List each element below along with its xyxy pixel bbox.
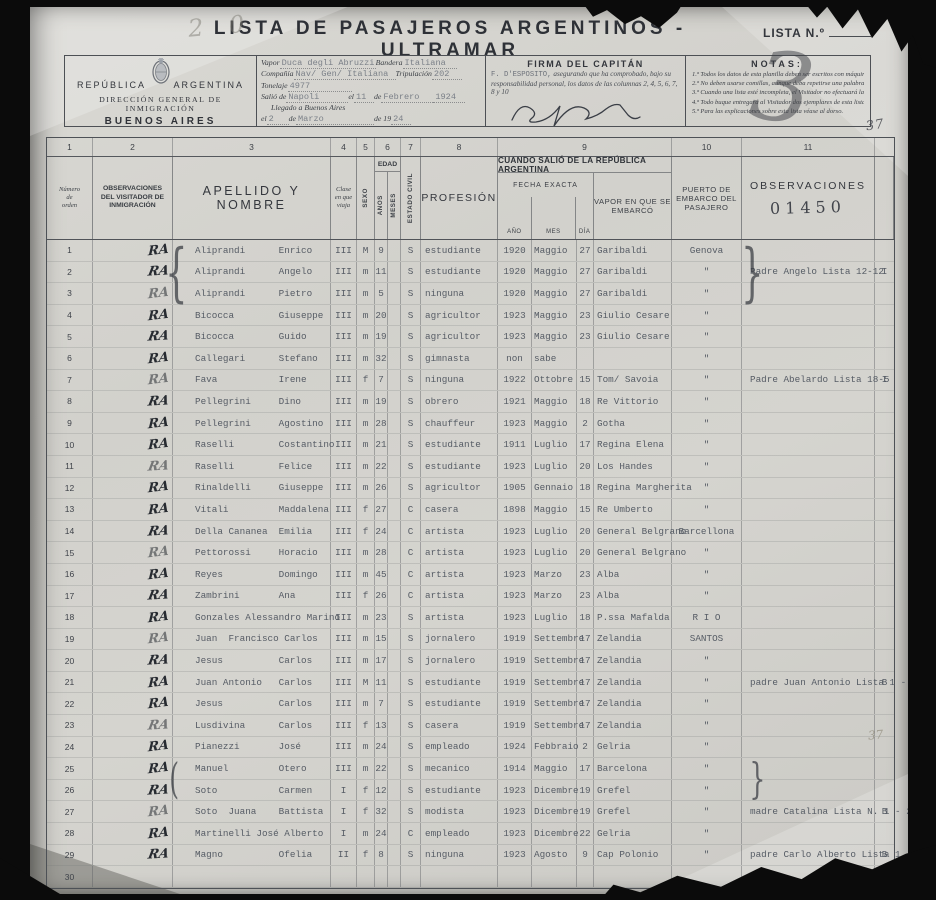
civil-status-cell bbox=[401, 866, 421, 887]
departure-ship-cell: Gelria bbox=[594, 737, 672, 758]
departure-ship-cell bbox=[594, 348, 672, 369]
departure-day-cell: 23 bbox=[577, 586, 594, 607]
sex-cell: m bbox=[357, 305, 375, 326]
profession-cell: chauffeur bbox=[421, 413, 498, 434]
row-number-cell: 1 bbox=[47, 240, 93, 261]
departure-day-cell: 17 bbox=[577, 434, 594, 455]
row-number-cell: 26 bbox=[47, 780, 93, 801]
age-months-cell bbox=[388, 499, 401, 520]
embark-port-cell: " bbox=[672, 650, 742, 671]
observations-cell bbox=[742, 478, 875, 499]
margin-note-cell bbox=[875, 413, 894, 434]
visitor-mark-cell: RA bbox=[93, 326, 173, 347]
sex-cell: m bbox=[357, 607, 375, 628]
salio-lugar-value: Napoli bbox=[286, 92, 348, 103]
sex-cell: f bbox=[357, 801, 375, 822]
departure-year-cell: 1923 bbox=[498, 607, 532, 628]
profession-cell: agricultor bbox=[421, 478, 498, 499]
row-number-cell: 21 bbox=[47, 672, 93, 693]
civil-status-cell: S bbox=[401, 305, 421, 326]
age-years-cell: 15 bbox=[375, 629, 388, 650]
margin-note-cell bbox=[875, 348, 894, 369]
departure-day-cell: 15 bbox=[577, 370, 594, 391]
observations-cell bbox=[742, 283, 875, 304]
embark-port-cell: " bbox=[672, 499, 742, 520]
header-ano: AÑO bbox=[498, 197, 532, 239]
age-years-cell: 24 bbox=[375, 737, 388, 758]
departure-day-cell bbox=[577, 348, 594, 369]
row-number-cell: 19 bbox=[47, 629, 93, 650]
visitor-mark-cell: RA bbox=[93, 758, 173, 779]
departure-year-cell: 1920 bbox=[498, 283, 532, 304]
class-cell: III bbox=[331, 737, 357, 758]
profession-cell: artista bbox=[421, 521, 498, 542]
civil-status-cell: S bbox=[401, 693, 421, 714]
civil-status-cell: S bbox=[401, 370, 421, 391]
visitor-mark-cell: RA bbox=[93, 693, 173, 714]
table-row: 19 RA Juan Francisco Carlos III m 15 S j… bbox=[47, 629, 894, 651]
col-number: 6 bbox=[375, 138, 401, 156]
sex-cell: m bbox=[357, 456, 375, 477]
profession-cell: empleado bbox=[421, 737, 498, 758]
name-cell: Zambrini Ana bbox=[173, 586, 331, 607]
departure-day-cell: 17 bbox=[577, 758, 594, 779]
header-meses: MESES bbox=[388, 172, 400, 239]
age-months-cell bbox=[388, 650, 401, 671]
profession-cell: artista bbox=[421, 542, 498, 563]
col-number: 9 bbox=[498, 138, 672, 156]
age-months-cell bbox=[388, 326, 401, 347]
name-cell: Callegari Stefano bbox=[173, 348, 331, 369]
class-cell: III bbox=[331, 262, 357, 283]
departure-ship-cell: Los Handes bbox=[594, 456, 672, 477]
class-cell: III bbox=[331, 456, 357, 477]
row-number-cell: 14 bbox=[47, 521, 93, 542]
civil-status-cell: S bbox=[401, 715, 421, 736]
name-cell: Aliprandi Pietro bbox=[173, 283, 331, 304]
class-cell: II bbox=[331, 845, 357, 866]
departure-day-cell: 2 bbox=[577, 413, 594, 434]
civil-status-cell: C bbox=[401, 823, 421, 844]
name-cell: Soto Juana Battista bbox=[173, 801, 331, 822]
class-cell: III bbox=[331, 478, 357, 499]
visitor-mark-cell: RA bbox=[93, 586, 173, 607]
departure-year-cell: 1911 bbox=[498, 434, 532, 455]
tonelaje-label: Tonelaje bbox=[261, 81, 288, 90]
sex-cell: f bbox=[357, 845, 375, 866]
age-years-cell: 26 bbox=[375, 586, 388, 607]
departure-ship-cell: Giulio Cesare bbox=[594, 305, 672, 326]
civil-status-cell: S bbox=[401, 391, 421, 412]
name-cell: Reyes Domingo bbox=[173, 564, 331, 585]
departure-month-cell: Marzo bbox=[532, 564, 577, 585]
class-cell: III bbox=[331, 650, 357, 671]
de19-label: de 19 bbox=[374, 114, 391, 123]
age-months-cell bbox=[388, 305, 401, 326]
departure-ship-cell: Grefel bbox=[594, 780, 672, 801]
departure-year-cell: non bbox=[498, 348, 532, 369]
embark-port-cell: " bbox=[672, 823, 742, 844]
profession-cell: estudiante bbox=[421, 693, 498, 714]
departure-ship-cell: Tom/ Savoia bbox=[594, 370, 672, 391]
embark-port-cell: " bbox=[672, 262, 742, 283]
vapor-value: Duca degli Abruzzi bbox=[280, 58, 376, 69]
embark-port-cell: " bbox=[672, 391, 742, 412]
profession-cell: ninguna bbox=[421, 845, 498, 866]
departure-day-cell: 2 bbox=[577, 737, 594, 758]
departure-day-cell: 17 bbox=[577, 672, 594, 693]
visitor-mark-cell: RA bbox=[93, 305, 173, 326]
age-months-cell bbox=[388, 348, 401, 369]
name-cell: Martinelli José Alberto bbox=[173, 823, 331, 844]
observations-cell: madre Catalina Lista N. 1 - 2 bbox=[742, 801, 875, 822]
torn-edge-top-strip bbox=[0, 0, 936, 7]
margin-note-cell bbox=[875, 542, 894, 563]
table-row: 14 RA Della Cananea Emilia III f 24 C ar… bbox=[47, 521, 894, 543]
argentina-label: ARGENTINA bbox=[173, 80, 244, 90]
departure-month-cell: Maggio bbox=[532, 283, 577, 304]
name-cell bbox=[173, 866, 331, 887]
observations-cell: Padre Abelardo Lista 18-5 bbox=[742, 370, 875, 391]
table-row: 27 RA Soto Juana Battista I f 32 S modis… bbox=[47, 801, 894, 823]
civil-status-cell: S bbox=[401, 326, 421, 347]
departure-year-cell: 1923 bbox=[498, 542, 532, 563]
header-margin bbox=[875, 157, 894, 239]
llegada-de-label: de bbox=[289, 114, 296, 123]
row-number-cell: 5 bbox=[47, 326, 93, 347]
tonelaje-value: 4977 bbox=[288, 81, 352, 92]
observations-cell bbox=[742, 650, 875, 671]
departure-year-cell: 1923 bbox=[498, 845, 532, 866]
age-months-cell bbox=[388, 801, 401, 822]
profession-cell: agricultor bbox=[421, 326, 498, 347]
row-number-cell: 10 bbox=[47, 434, 93, 455]
row-number-cell: 7 bbox=[47, 370, 93, 391]
salio-dia-value: 11 bbox=[354, 92, 374, 103]
sex-cell: f bbox=[357, 586, 375, 607]
embark-port-cell: " bbox=[672, 434, 742, 455]
departure-day-cell: 17 bbox=[577, 629, 594, 650]
visitor-mark-cell: RA bbox=[93, 413, 173, 434]
table-row: 1 RA Aliprandi Enrico III M 9 S estudian… bbox=[47, 240, 894, 262]
table-row: 7 RA Fava Irene III f 7 S ninguna 1922 O… bbox=[47, 370, 894, 392]
departure-year-cell: 1923 bbox=[498, 780, 532, 801]
departure-day-cell: 18 bbox=[577, 607, 594, 628]
observations-cell bbox=[742, 693, 875, 714]
age-months-cell bbox=[388, 456, 401, 477]
class-cell: III bbox=[331, 672, 357, 693]
observations-cell bbox=[742, 521, 875, 542]
civil-status-cell: S bbox=[401, 607, 421, 628]
passenger-table: 1 2 3 4 5 6 7 8 9 10 11 Número de orden … bbox=[46, 137, 895, 889]
table-row: 12 RA Rinaldelli Giuseppe III m 26 S agr… bbox=[47, 478, 894, 500]
table-row: 26 RA Soto Carmen I f 12 S estudiante 19… bbox=[47, 780, 894, 802]
age-months-cell bbox=[388, 564, 401, 585]
profession-cell: mecanico bbox=[421, 758, 498, 779]
direccion-label: DIRECCIÓN GENERAL DE INMIGRACIÓN bbox=[65, 95, 256, 113]
llegada-label: Llegado a Buenos Aires bbox=[271, 103, 345, 112]
class-cell: III bbox=[331, 715, 357, 736]
age-months-cell bbox=[388, 737, 401, 758]
margin-note-cell bbox=[875, 434, 894, 455]
firma-title: FIRMA DEL CAPITÁN bbox=[486, 59, 685, 69]
age-years-cell bbox=[375, 866, 388, 887]
civil-status-cell: S bbox=[401, 758, 421, 779]
row-number-cell: 22 bbox=[47, 693, 93, 714]
header-dia: DÍA bbox=[576, 197, 593, 239]
torn-edge-right-strip bbox=[908, 0, 936, 900]
departure-year-cell: 1921 bbox=[498, 391, 532, 412]
visitor-mark-cell: RA bbox=[93, 283, 173, 304]
profession-cell bbox=[421, 866, 498, 887]
departure-year-cell: 1923 bbox=[498, 456, 532, 477]
row-number-cell: 29 bbox=[47, 845, 93, 866]
departure-year-cell: 1919 bbox=[498, 672, 532, 693]
republica-label: REPÚBLICA bbox=[77, 80, 146, 90]
civil-status-cell: S bbox=[401, 650, 421, 671]
class-cell: III bbox=[331, 434, 357, 455]
age-years-cell: 21 bbox=[375, 434, 388, 455]
name-cell: Juan Antonio Carlos bbox=[173, 672, 331, 693]
departure-month-cell: Agosto bbox=[532, 845, 577, 866]
header-observaciones: OBSERVACIONES 01450 bbox=[742, 157, 875, 239]
row-number-cell: 8 bbox=[47, 391, 93, 412]
table-row: 6 RA Callegari Stefano III m 32 S gimnas… bbox=[47, 348, 894, 370]
scanned-passenger-list: { "page": { "title": "LISTA DE PASAJEROS… bbox=[0, 0, 936, 900]
observations-cell bbox=[742, 499, 875, 520]
embark-port-cell: " bbox=[672, 801, 742, 822]
departure-year-cell: 1905 bbox=[498, 478, 532, 499]
age-years-cell: 32 bbox=[375, 348, 388, 369]
departure-year-cell: 1923 bbox=[498, 521, 532, 542]
departure-year-cell: 1924 bbox=[498, 737, 532, 758]
age-years-cell: 45 bbox=[375, 564, 388, 585]
class-cell: III bbox=[331, 629, 357, 650]
departure-day-cell: 27 bbox=[577, 240, 594, 261]
name-cell: Lusdivina Carlos bbox=[173, 715, 331, 736]
header-mes: MES bbox=[532, 197, 577, 239]
name-cell: Vitali Maddalena bbox=[173, 499, 331, 520]
age-years-cell: 23 bbox=[375, 607, 388, 628]
sex-cell: m bbox=[357, 693, 375, 714]
observations-cell bbox=[742, 629, 875, 650]
header-anos: AÑOS bbox=[375, 172, 388, 239]
name-cell: Jesus Carlos bbox=[173, 693, 331, 714]
age-months-cell bbox=[388, 521, 401, 542]
margin-note-cell bbox=[875, 283, 894, 304]
profession-cell: estudiante bbox=[421, 434, 498, 455]
compania-label: Compañía bbox=[261, 69, 294, 78]
visitor-mark-cell: RA bbox=[93, 240, 173, 261]
margin-note-cell bbox=[875, 391, 894, 412]
row-number-cell: 24 bbox=[47, 737, 93, 758]
margin-note-cell: B bbox=[875, 801, 894, 822]
civil-status-cell: S bbox=[401, 478, 421, 499]
margin-note-cell bbox=[875, 758, 894, 779]
visitor-mark-cell: RA bbox=[93, 845, 173, 866]
profession-cell: artista bbox=[421, 607, 498, 628]
age-months-cell bbox=[388, 478, 401, 499]
age-months-cell bbox=[388, 370, 401, 391]
name-cell: Manuel Otero bbox=[173, 758, 331, 779]
observations-cell: padre Carlo Alberto Lista 1 - 4 bbox=[742, 845, 875, 866]
table-row: 16 RA Reyes Domingo III m 45 C artista 1… bbox=[47, 564, 894, 586]
observations-cell bbox=[742, 413, 875, 434]
observations-cell bbox=[742, 240, 875, 261]
civil-status-cell: C bbox=[401, 499, 421, 520]
margin-note-cell: I bbox=[875, 370, 894, 391]
sex-cell: m bbox=[357, 542, 375, 563]
visitor-mark-cell: RA bbox=[93, 521, 173, 542]
age-months-cell bbox=[388, 823, 401, 844]
sex-cell: m bbox=[357, 391, 375, 412]
age-years-cell: 27 bbox=[375, 499, 388, 520]
row-number-cell: 3 bbox=[47, 283, 93, 304]
class-cell: III bbox=[331, 283, 357, 304]
margin-note-cell bbox=[875, 499, 894, 520]
departure-month-cell: Dicembre bbox=[532, 823, 577, 844]
age-years-cell: 24 bbox=[375, 823, 388, 844]
departure-day-cell: 22 bbox=[577, 823, 594, 844]
departure-ship-cell: Re Umberto bbox=[594, 499, 672, 520]
embark-port-cell: " bbox=[672, 845, 742, 866]
margin-note-cell bbox=[875, 586, 894, 607]
age-months-cell bbox=[388, 586, 401, 607]
departure-month-cell: Maggio bbox=[532, 391, 577, 412]
departure-year-cell: 1898 bbox=[498, 499, 532, 520]
margin-note-cell bbox=[875, 629, 894, 650]
observations-cell bbox=[742, 737, 875, 758]
header-puerto: PUERTO DE EMBARCO DEL PASAJERO bbox=[672, 157, 742, 239]
departure-month-cell bbox=[532, 866, 577, 887]
col-number: 3 bbox=[173, 138, 331, 156]
departure-day-cell: 23 bbox=[577, 326, 594, 347]
vapor-label: Vapor bbox=[261, 58, 280, 67]
class-cell: III bbox=[331, 499, 357, 520]
sex-cell: m bbox=[357, 823, 375, 844]
row-number-cell: 17 bbox=[47, 586, 93, 607]
compania-value: Nav/ Gen/ Italiana bbox=[294, 69, 396, 80]
departure-day-cell bbox=[577, 866, 594, 887]
departure-year-cell bbox=[498, 866, 532, 887]
handwritten-37-middle: 37 bbox=[867, 727, 883, 742]
pencil-mark: 2 0 bbox=[187, 9, 254, 43]
age-years-cell: 24 bbox=[375, 521, 388, 542]
civil-status-cell: C bbox=[401, 521, 421, 542]
observations-cell bbox=[742, 564, 875, 585]
profession-cell: estudiante bbox=[421, 672, 498, 693]
age-months-cell bbox=[388, 413, 401, 434]
departure-day-cell: 19 bbox=[577, 780, 594, 801]
row-number-cell: 27 bbox=[47, 801, 93, 822]
visitor-mark-cell: RA bbox=[93, 607, 173, 628]
embark-port-cell: " bbox=[672, 478, 742, 499]
margin-note-cell bbox=[875, 607, 894, 628]
departure-day-cell: 27 bbox=[577, 283, 594, 304]
embark-port-cell: Barcellona bbox=[672, 521, 742, 542]
embark-port-cell: SANTOS bbox=[672, 629, 742, 650]
name-cell: Jesus Carlos bbox=[173, 650, 331, 671]
row-number-cell: 4 bbox=[47, 305, 93, 326]
departure-day-cell: 20 bbox=[577, 521, 594, 542]
observations-cell bbox=[742, 715, 875, 736]
age-years-cell: 32 bbox=[375, 801, 388, 822]
profession-cell: agricultor bbox=[421, 305, 498, 326]
age-years-cell: 22 bbox=[375, 758, 388, 779]
departure-ship-cell: General Belgrano bbox=[594, 542, 672, 563]
sex-cell: f bbox=[357, 780, 375, 801]
class-cell: III bbox=[331, 391, 357, 412]
sex-cell: m bbox=[357, 348, 375, 369]
age-years-cell: 28 bbox=[375, 542, 388, 563]
header-estado-civil: ESTADO CIVIL bbox=[401, 157, 421, 239]
age-years-cell: 8 bbox=[375, 845, 388, 866]
row-number-cell: 6 bbox=[47, 348, 93, 369]
class-cell: III bbox=[331, 758, 357, 779]
table-row: 9 RA Pellegrini Agostino III m 28 S chau… bbox=[47, 413, 894, 435]
sex-cell: M bbox=[357, 672, 375, 693]
table-header-row: Número de orden OBSERVACIONES DEL VISITA… bbox=[47, 157, 894, 240]
class-cell: III bbox=[331, 564, 357, 585]
age-months-cell bbox=[388, 629, 401, 650]
departure-ship-cell: Garibaldi bbox=[594, 262, 672, 283]
margin-note-cell: I bbox=[875, 262, 894, 283]
visitor-mark-cell: RA bbox=[93, 434, 173, 455]
de-label: de bbox=[374, 92, 381, 101]
row-number-cell: 13 bbox=[47, 499, 93, 520]
header-salida-group: CUANDO SALIÓ DE LA REPÚBLICA ARGENTINA F… bbox=[498, 157, 672, 239]
name-cell: Pellegrini Agostino bbox=[173, 413, 331, 434]
age-years-cell: 20 bbox=[375, 305, 388, 326]
age-months-cell bbox=[388, 607, 401, 628]
col-number: 10 bbox=[672, 138, 742, 156]
profession-cell: casera bbox=[421, 499, 498, 520]
observations-cell bbox=[742, 391, 875, 412]
observations-cell bbox=[742, 348, 875, 369]
civil-status-cell: S bbox=[401, 801, 421, 822]
departure-ship-cell: Garibaldi bbox=[594, 240, 672, 261]
salio-de-label: Salió de bbox=[261, 92, 286, 101]
embark-port-cell: " bbox=[672, 564, 742, 585]
visitor-mark-cell: RA bbox=[93, 391, 173, 412]
age-years-cell: 7 bbox=[375, 370, 388, 391]
departure-year-cell: 1923 bbox=[498, 801, 532, 822]
civil-status-cell: S bbox=[401, 240, 421, 261]
departure-day-cell: 20 bbox=[577, 542, 594, 563]
table-row: 5 RA Bicocca Guido III m 19 S agricultor… bbox=[47, 326, 894, 348]
serial-stamp: 01450 bbox=[770, 197, 846, 218]
civil-status-cell: S bbox=[401, 845, 421, 866]
departure-day-cell: 17 bbox=[577, 715, 594, 736]
name-cell: Raselli Costantino bbox=[173, 434, 331, 455]
age-years-cell: 19 bbox=[375, 391, 388, 412]
departure-day-cell: 23 bbox=[577, 564, 594, 585]
visitor-mark-cell: RA bbox=[93, 564, 173, 585]
table-row: 20 RA Jesus Carlos III m 17 S jornalero … bbox=[47, 650, 894, 672]
departure-year-cell: 1923 bbox=[498, 823, 532, 844]
margin-note-cell bbox=[875, 650, 894, 671]
class-cell: III bbox=[331, 326, 357, 347]
profession-cell: artista bbox=[421, 564, 498, 585]
departure-ship-cell: General Belgrano bbox=[594, 521, 672, 542]
name-cell: Aliprandi Enrico bbox=[173, 240, 331, 261]
departure-ship-cell: Regina Elena bbox=[594, 434, 672, 455]
profession-cell: estudiante bbox=[421, 456, 498, 477]
col-number: 4 bbox=[331, 138, 357, 156]
header-visitador: OBSERVACIONES DEL VISITADOR DE INMIGRACI… bbox=[93, 157, 173, 239]
sex-cell bbox=[357, 866, 375, 887]
age-months-cell bbox=[388, 283, 401, 304]
